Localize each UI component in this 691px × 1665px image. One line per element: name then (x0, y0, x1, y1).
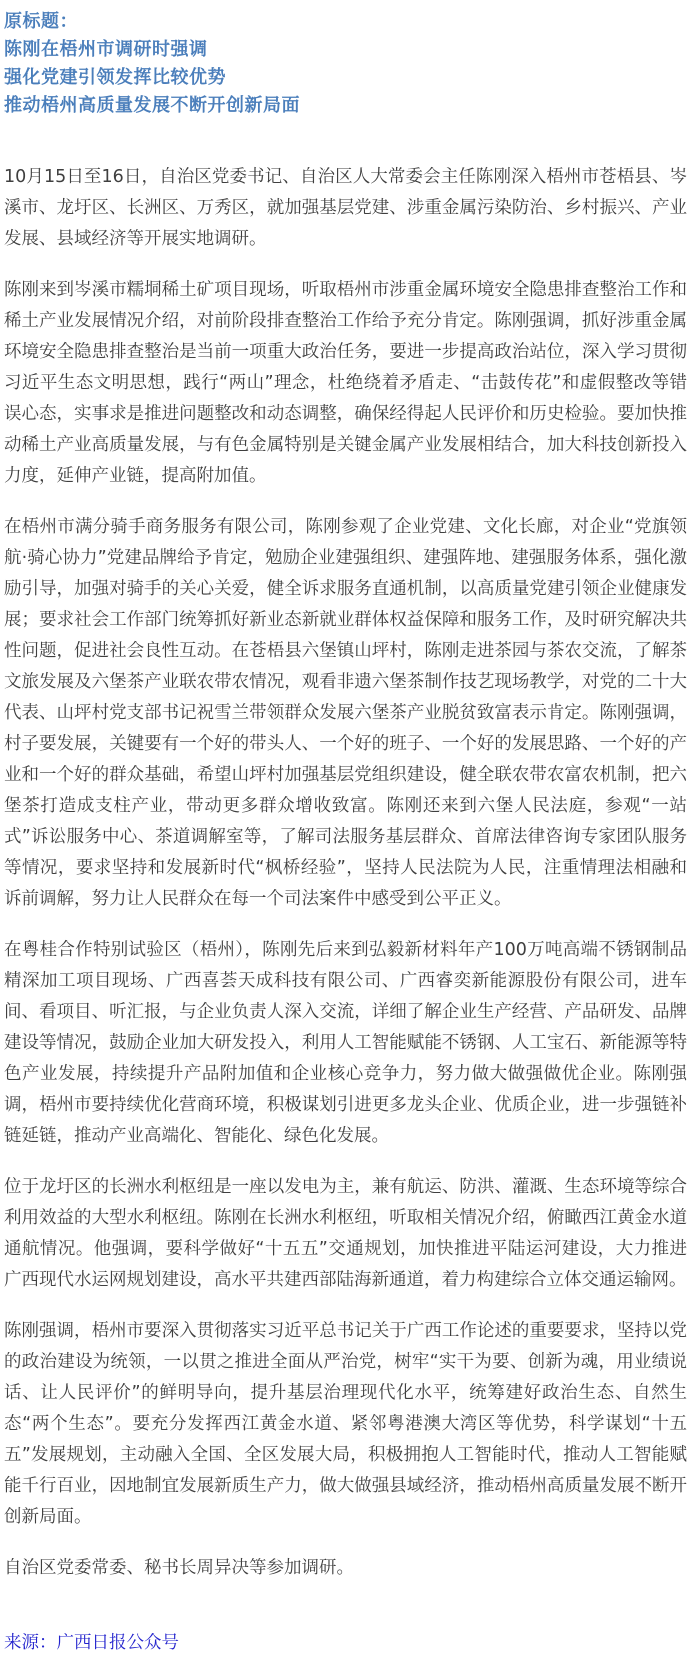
article-title-line-1: 陈刚在梧州市调研时强调 (4, 36, 687, 64)
article-paragraph-2: 陈刚来到岑溪市糯垌稀土矿项目现场，听取梧州市涉重金属环境安全隐患排查整治工作和稀… (4, 275, 687, 492)
article-page: 原标题： 陈刚在梧州市调研时强调 强化党建引领发挥比较优势 推动梧州高质量发展不… (0, 0, 691, 1665)
source-name: 广西日报公众号 (57, 1633, 180, 1653)
article-paragraph-7: 自治区党委常委、秘书长周异决等参加调研。 (4, 1553, 687, 1584)
original-title-label: 原标题： (4, 8, 687, 36)
article-paragraph-6: 陈刚强调，梧州市要深入贯彻落实习近平总书记关于广西工作论述的重要要求，坚持以党的… (4, 1316, 687, 1533)
article-source: 来源：广西日报公众号 (4, 1628, 687, 1659)
article-header: 原标题： 陈刚在梧州市调研时强调 强化党建引领发挥比较优势 推动梧州高质量发展不… (4, 8, 687, 120)
article-title-line-3: 推动梧州高质量发展不断开创新局面 (4, 92, 687, 120)
article-paragraph-1: 10月15日至16日，自治区党委书记、自治区人大常委会主任陈刚深入梧州市苍梧县、… (4, 162, 687, 255)
article-body: 10月15日至16日，自治区党委书记、自治区人大常委会主任陈刚深入梧州市苍梧县、… (4, 162, 687, 1584)
article-paragraph-5: 位于龙圩区的长洲水利枢纽是一座以发电为主，兼有航运、防洪、灌溉、生态环境等综合利… (4, 1172, 687, 1296)
article-paragraph-4: 在粤桂合作特别试验区（梧州），陈刚先后来到弘毅新材料年产100万吨高端不锈钢制品… (4, 935, 687, 1152)
article-paragraph-3: 在梧州市满分骑手商务服务有限公司，陈刚参观了企业党建、文化长廊，对企业“党旗领航… (4, 512, 687, 915)
source-label: 来源： (4, 1633, 57, 1653)
article-title-line-2: 强化党建引领发挥比较优势 (4, 64, 687, 92)
